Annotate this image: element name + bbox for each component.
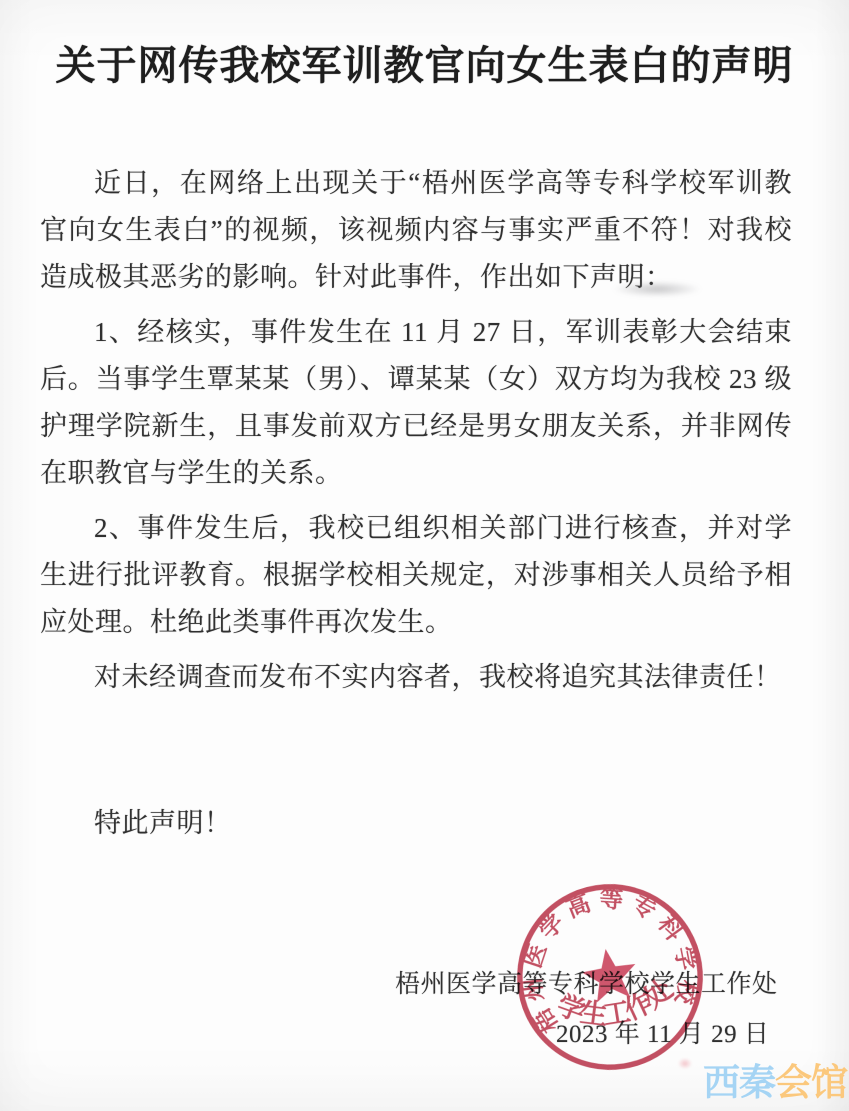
- closing-statement: 特此声明！: [40, 800, 792, 847]
- watermark-text-orange: 会馆: [775, 1062, 847, 1103]
- official-seal: 梧州医学高等专科学校 学生工作处: [498, 865, 722, 1089]
- ink-speck: [678, 1058, 692, 1069]
- document-title: 关于网传我校军训教官向女生表白的声明: [0, 34, 849, 91]
- scan-smudge: [612, 281, 702, 297]
- paragraph-warning: 对未经调查而发布不实内容者，我校将追究其法律责任！: [40, 654, 792, 701]
- paragraph-intro: 近日，在网络上出现关于“梧州医学高等专科学校军训教官向女生表白”的视频，该视频内…: [40, 160, 792, 301]
- paragraph-point-1: 1、经核实，事件发生在 11 月 27 日，军训表彰大会结束后。当事学生覃某某（…: [40, 309, 792, 497]
- document-body: 近日，在网络上出现关于“梧州医学高等专科学校军训教官向女生表白”的视频，该视频内…: [40, 160, 792, 847]
- watermark-text-blue: 西秦: [703, 1062, 775, 1103]
- site-watermark: 西秦会馆: [703, 1064, 847, 1101]
- paragraph-point-2: 2、事件发生后，我校已组织相关部门进行核查，并对学生进行批评教育。根据学校相关规…: [40, 505, 792, 646]
